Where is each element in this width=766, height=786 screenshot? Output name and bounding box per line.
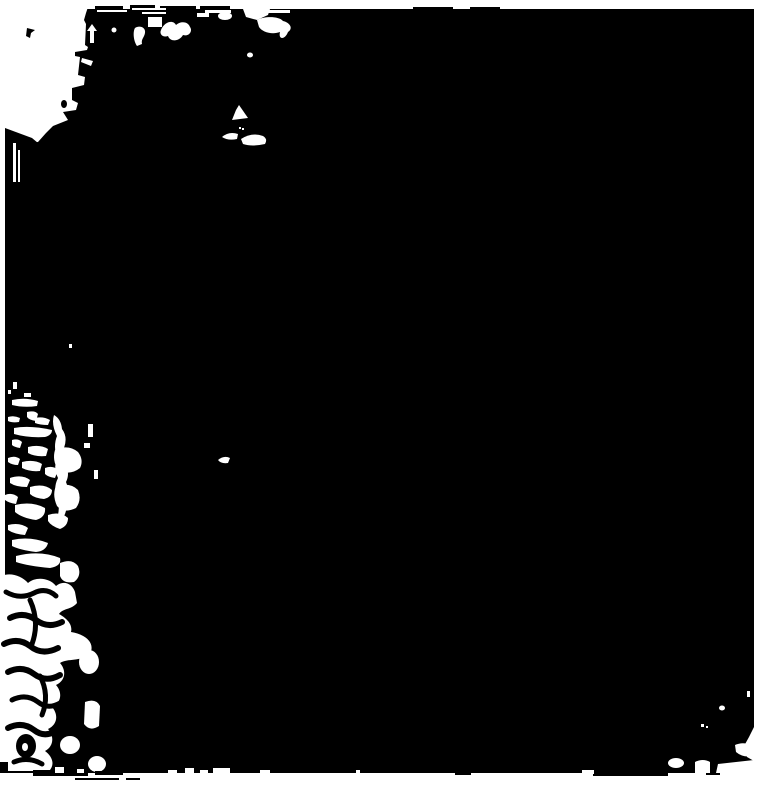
trunk-highlight-line <box>18 150 20 182</box>
screenshot-root <box>0 0 766 786</box>
ripple-side-dot <box>84 443 90 448</box>
foam-dot <box>22 743 28 751</box>
top-edge-ragged-dash <box>413 7 453 9</box>
ripple-mass <box>54 485 79 511</box>
corner-highlight-blob <box>695 760 710 773</box>
foam-lobe <box>60 561 79 582</box>
border-faint-dash <box>126 778 140 780</box>
corner-highlight-tick <box>747 691 750 697</box>
top-edge-ragged-dash <box>95 6 123 9</box>
bottom-highlight-dash <box>185 768 194 774</box>
ripple-speckle <box>24 393 31 397</box>
bottom-highlight-dash <box>55 767 64 773</box>
mid-highlight-dot <box>242 128 244 130</box>
foam-lobe <box>79 650 99 674</box>
photo-dark-mass <box>5 9 754 773</box>
trunk-highlight-line <box>13 138 16 182</box>
top-edge-ragged-dash <box>470 7 500 9</box>
bottom-edge-bump <box>593 771 668 776</box>
bottom-highlight-dash <box>200 770 208 774</box>
bottom-edge-bump <box>455 771 471 775</box>
stray-highlight-dot <box>69 344 72 348</box>
bottom-highlight-dash <box>168 770 177 774</box>
bottom-edge-bump <box>95 771 123 775</box>
bottom-highlight-dash <box>77 769 84 773</box>
canopy-gap-block <box>148 17 162 27</box>
bottom-highlight-dash <box>213 768 230 774</box>
binarized-photo-canvas <box>0 0 766 786</box>
ripple-side-dash <box>94 470 98 479</box>
canopy-gap-dot <box>112 28 117 33</box>
canopy-gap-dot <box>247 53 253 58</box>
canopy-streak <box>142 12 166 14</box>
foam-lobe <box>84 701 100 729</box>
canopy-gap-dash <box>197 13 209 17</box>
corner-highlight-dot <box>719 706 725 711</box>
ripple-speckle <box>8 390 11 394</box>
corner-dark-mark <box>0 762 8 773</box>
foam-lobe <box>88 756 106 772</box>
corner-highlight-dot <box>701 724 704 727</box>
corner-highlight-blob <box>668 758 684 768</box>
mid-highlight-dot <box>239 127 241 129</box>
border-faint-dash <box>75 778 119 780</box>
canopy-streak <box>97 10 127 12</box>
bottom-highlight-dash <box>582 770 594 774</box>
foam-lobe <box>60 736 80 754</box>
sky-dark-dot <box>61 100 67 108</box>
ripple-speckle <box>13 382 17 389</box>
corner-highlight-dot <box>706 726 708 728</box>
canopy-streak <box>132 8 166 10</box>
ripple-side-dash <box>88 424 93 437</box>
canopy-streak <box>268 10 290 13</box>
canopy-gap-blob <box>218 12 232 20</box>
bottom-highlight-dash <box>356 770 360 775</box>
top-edge-ragged-dash <box>200 6 230 9</box>
bottom-highlight-dash <box>260 770 270 774</box>
